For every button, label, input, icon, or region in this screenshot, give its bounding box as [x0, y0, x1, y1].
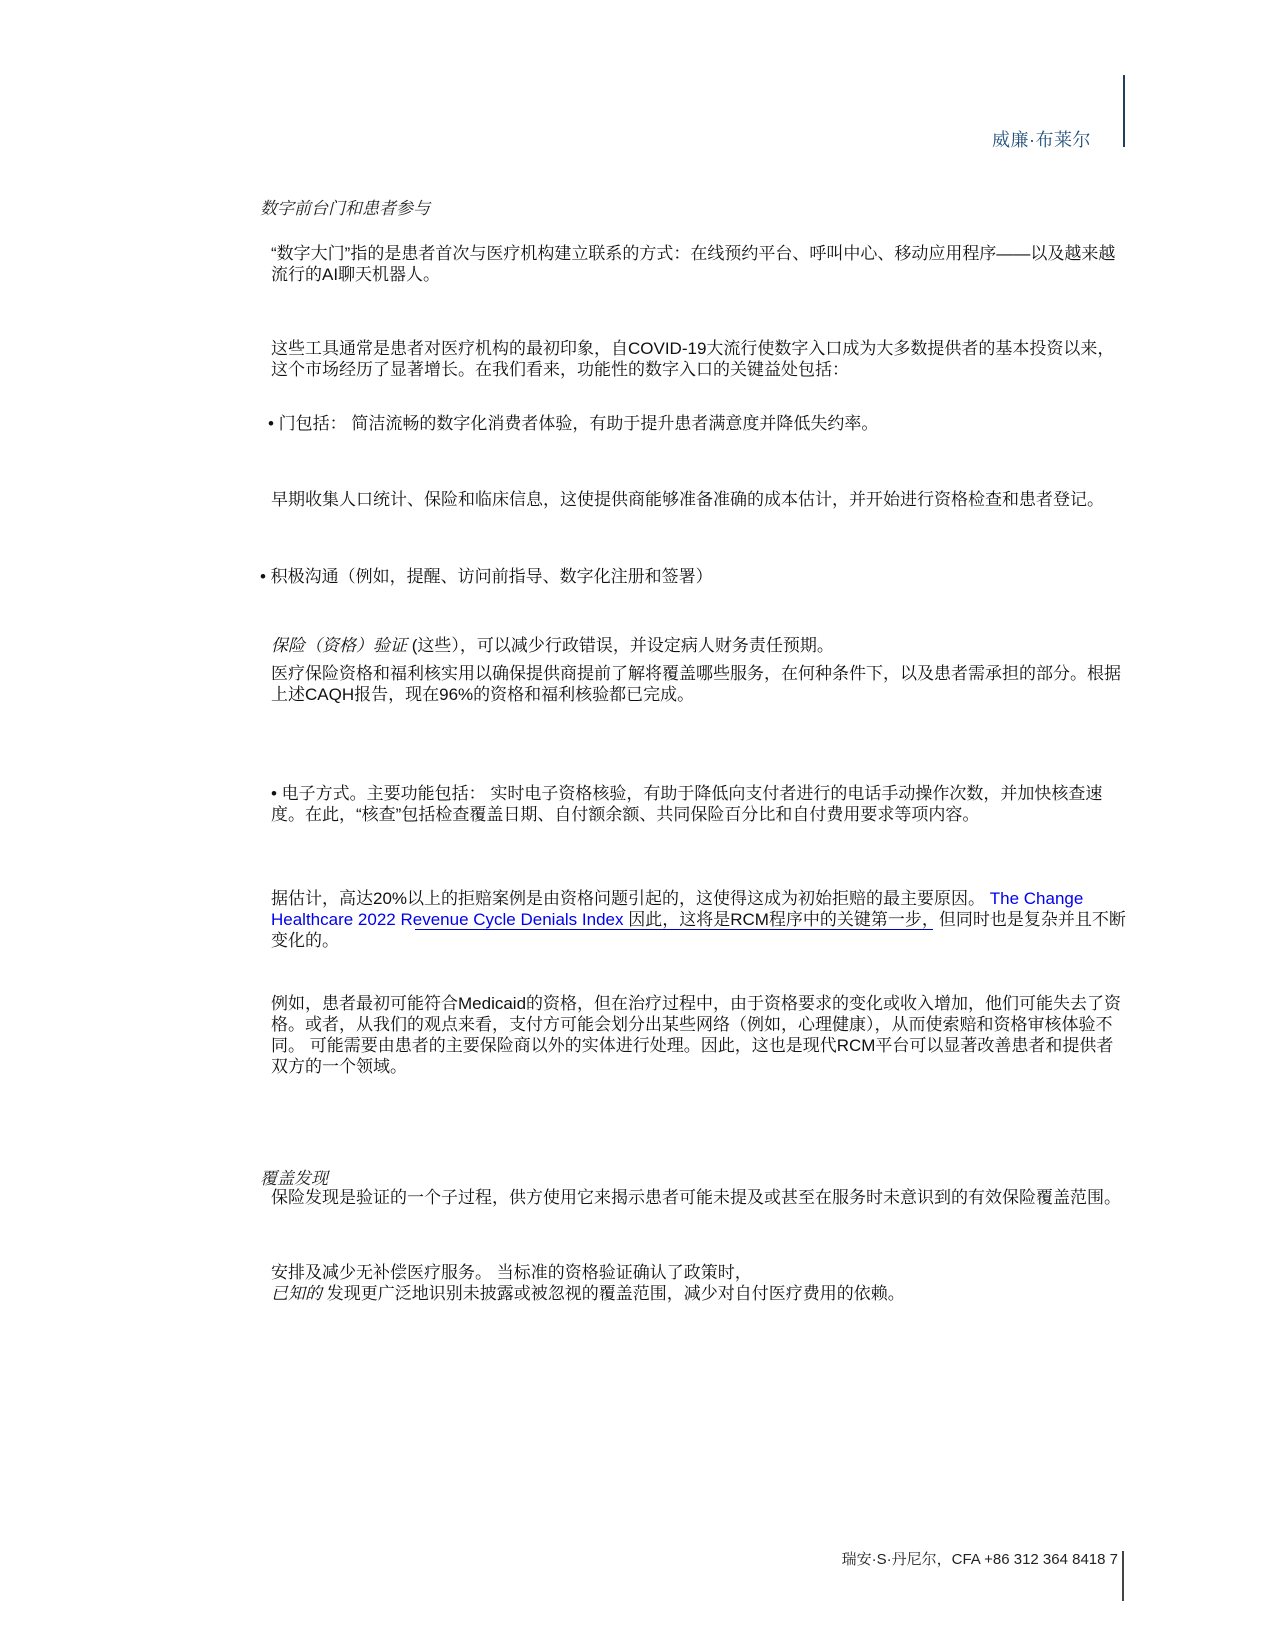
denials-text-before: 据估计，高达20%以上的拒赔案例是由资格问题引起的，这使得这成为初始拒赔的最主要… [271, 889, 990, 908]
coverage-benefit-line2-text: 发现更广泛地识别未披露或被忽视的覆盖范围，减少对自付医疗费用的依赖。 [322, 1284, 905, 1303]
paragraph-eligibility-verification: 医疗保险资格和福利核实用以确保提供商提前了解将覆盖哪些服务，在何种条件下，以及患… [271, 663, 1126, 705]
paragraph-medicaid-example: 例如，患者最初可能符合Medicaid的资格，但在治疗过程中，由于资格要求的变化… [271, 993, 1126, 1077]
paragraph-denials-estimate: 据估计，高达20%以上的拒赔案例是由资格问题引起的，这使得这成为初始拒赔的最主要… [271, 888, 1126, 951]
known-label: 已知的 [271, 1284, 322, 1303]
eligibility-heading: 保险（资格）验证 [271, 636, 407, 655]
bullet-streamlined-experience: • 门包括： 简洁流畅的数字化消费者体验，有助于提升患者满意度并降低失约率。 [268, 413, 1123, 434]
footer-contact: 瑞安·S·丹尼尔，CFA +86 312 364 8418 7 [800, 1548, 1118, 1569]
header-divider [1123, 75, 1125, 147]
section-heading-coverage-discovery: 覆盖发现 [260, 1164, 328, 1189]
paragraph-early-collection: 早期收集人口统计、保险和临床信息，这使提供商能够准备准确的成本估计，并开始进行资… [271, 489, 1126, 510]
section-heading-digital-front-door: 数字前台门和患者参与 [260, 194, 430, 219]
coverage-benefit-line2: 已知的 发现更广泛地识别未披露或被忽视的覆盖范围，减少对自付医疗费用的依赖。 [271, 1283, 1126, 1304]
header-author: 威廉·布莱尔 [900, 126, 1091, 152]
bullet-proactive-communication: • 积极沟通（例如，提醒、访问前指导、数字化注册和签署） [260, 566, 1115, 587]
paragraph-eligibility-intro: 保险（资格）验证 (这些），可以减少行政错误，并设定病人财务责任预期。 [271, 635, 1126, 656]
paragraph-coverage-discovery: 保险发现是验证的一个子过程，供方使用它来揭示患者可能未提及或甚至在服务时未意识到… [271, 1187, 1126, 1208]
eligibility-intro-text: (这些），可以减少行政错误，并设定病人财务责任预期。 [407, 636, 834, 655]
bullet-electronic-verification: • 电子方式。主要功能包括： 实时电子资格核验，有助于降低向支付者进行的电话手动… [271, 783, 1126, 825]
link-underline [415, 929, 933, 930]
coverage-benefit-line1: 安排及减少无补偿医疗服务。 当标准的资格验证确认了政策时， [271, 1262, 1126, 1283]
paragraph-digital-door-market: 这些工具通常是患者对医疗机构的最初印象，自COVID-19大流行使数字入口成为大… [271, 338, 1126, 380]
paragraph-digital-door-definition: “数字大门”指的是患者首次与医疗机构建立联系的方式：在线预约平台、呼叫中心、移动… [271, 243, 1126, 285]
paragraph-coverage-discovery-benefit: 安排及减少无补偿医疗服务。 当标准的资格验证确认了政策时， 已知的 发现更广泛地… [271, 1262, 1126, 1304]
footer-divider [1122, 1551, 1124, 1601]
